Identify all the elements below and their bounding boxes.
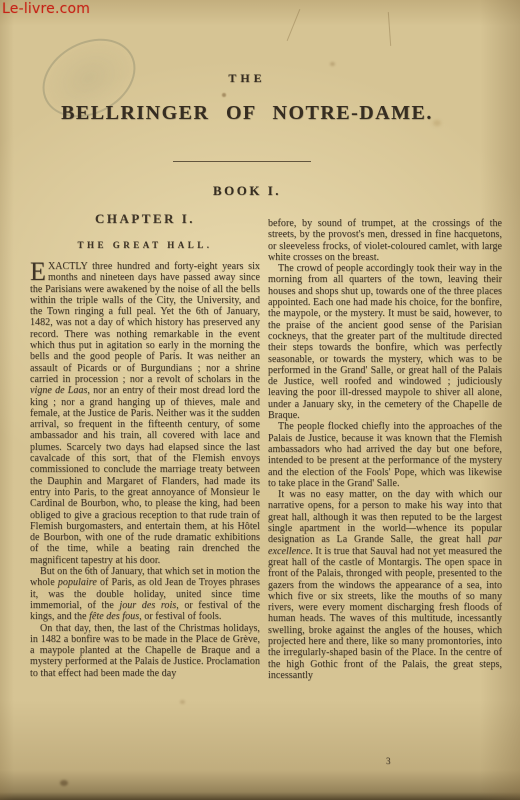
book-heading: BOOK I. xyxy=(0,183,494,199)
left-column-text: EXACTLY three hundred and forty-eight ye… xyxy=(30,261,260,679)
text-paragraph: It was no easy matter, on the day with w… xyxy=(268,489,502,681)
left-column: CHAPTER I. THE GREAT HALL. EXACTLY three… xyxy=(30,211,260,679)
book-page: Le-livre.com THE BELLRINGER OF NOTRE-DAM… xyxy=(0,0,520,800)
right-column: before, by sound of trumpet, at the cros… xyxy=(268,207,502,681)
right-column-text: before, by sound of trumpet, at the cros… xyxy=(268,218,502,681)
site-watermark: Le-livre.com xyxy=(2,1,90,17)
text-paragraph: On that day, then, the last of the Chris… xyxy=(30,623,260,679)
page-number: 3 xyxy=(386,756,391,766)
text-paragraph: The people flocked chiefly into the appr… xyxy=(268,421,502,489)
text-paragraph: EXACTLY three hundred and forty-eight ye… xyxy=(30,261,260,566)
drop-cap-letter: E xyxy=(30,262,46,282)
foxing-spot xyxy=(180,700,185,704)
paper-crease xyxy=(287,9,301,41)
text-paragraph: before, by sound of trumpet, at the cros… xyxy=(268,218,502,263)
chapter-heading: CHAPTER I. xyxy=(30,211,260,227)
text-paragraph: But on the 6th of January, that which se… xyxy=(30,566,260,622)
chapter-subtitle: THE GREAT HALL. xyxy=(30,240,260,250)
paper-crease xyxy=(388,12,391,46)
title-divider xyxy=(173,161,311,162)
foxing-spot xyxy=(60,780,68,786)
text-paragraph: The crowd of people accordingly took the… xyxy=(268,263,502,421)
title-prefix: THE xyxy=(0,71,494,86)
foxing-spot xyxy=(330,62,335,66)
book-title: BELLRINGER OF NOTRE-DAME. xyxy=(0,102,494,125)
foxing-spot xyxy=(222,93,226,97)
